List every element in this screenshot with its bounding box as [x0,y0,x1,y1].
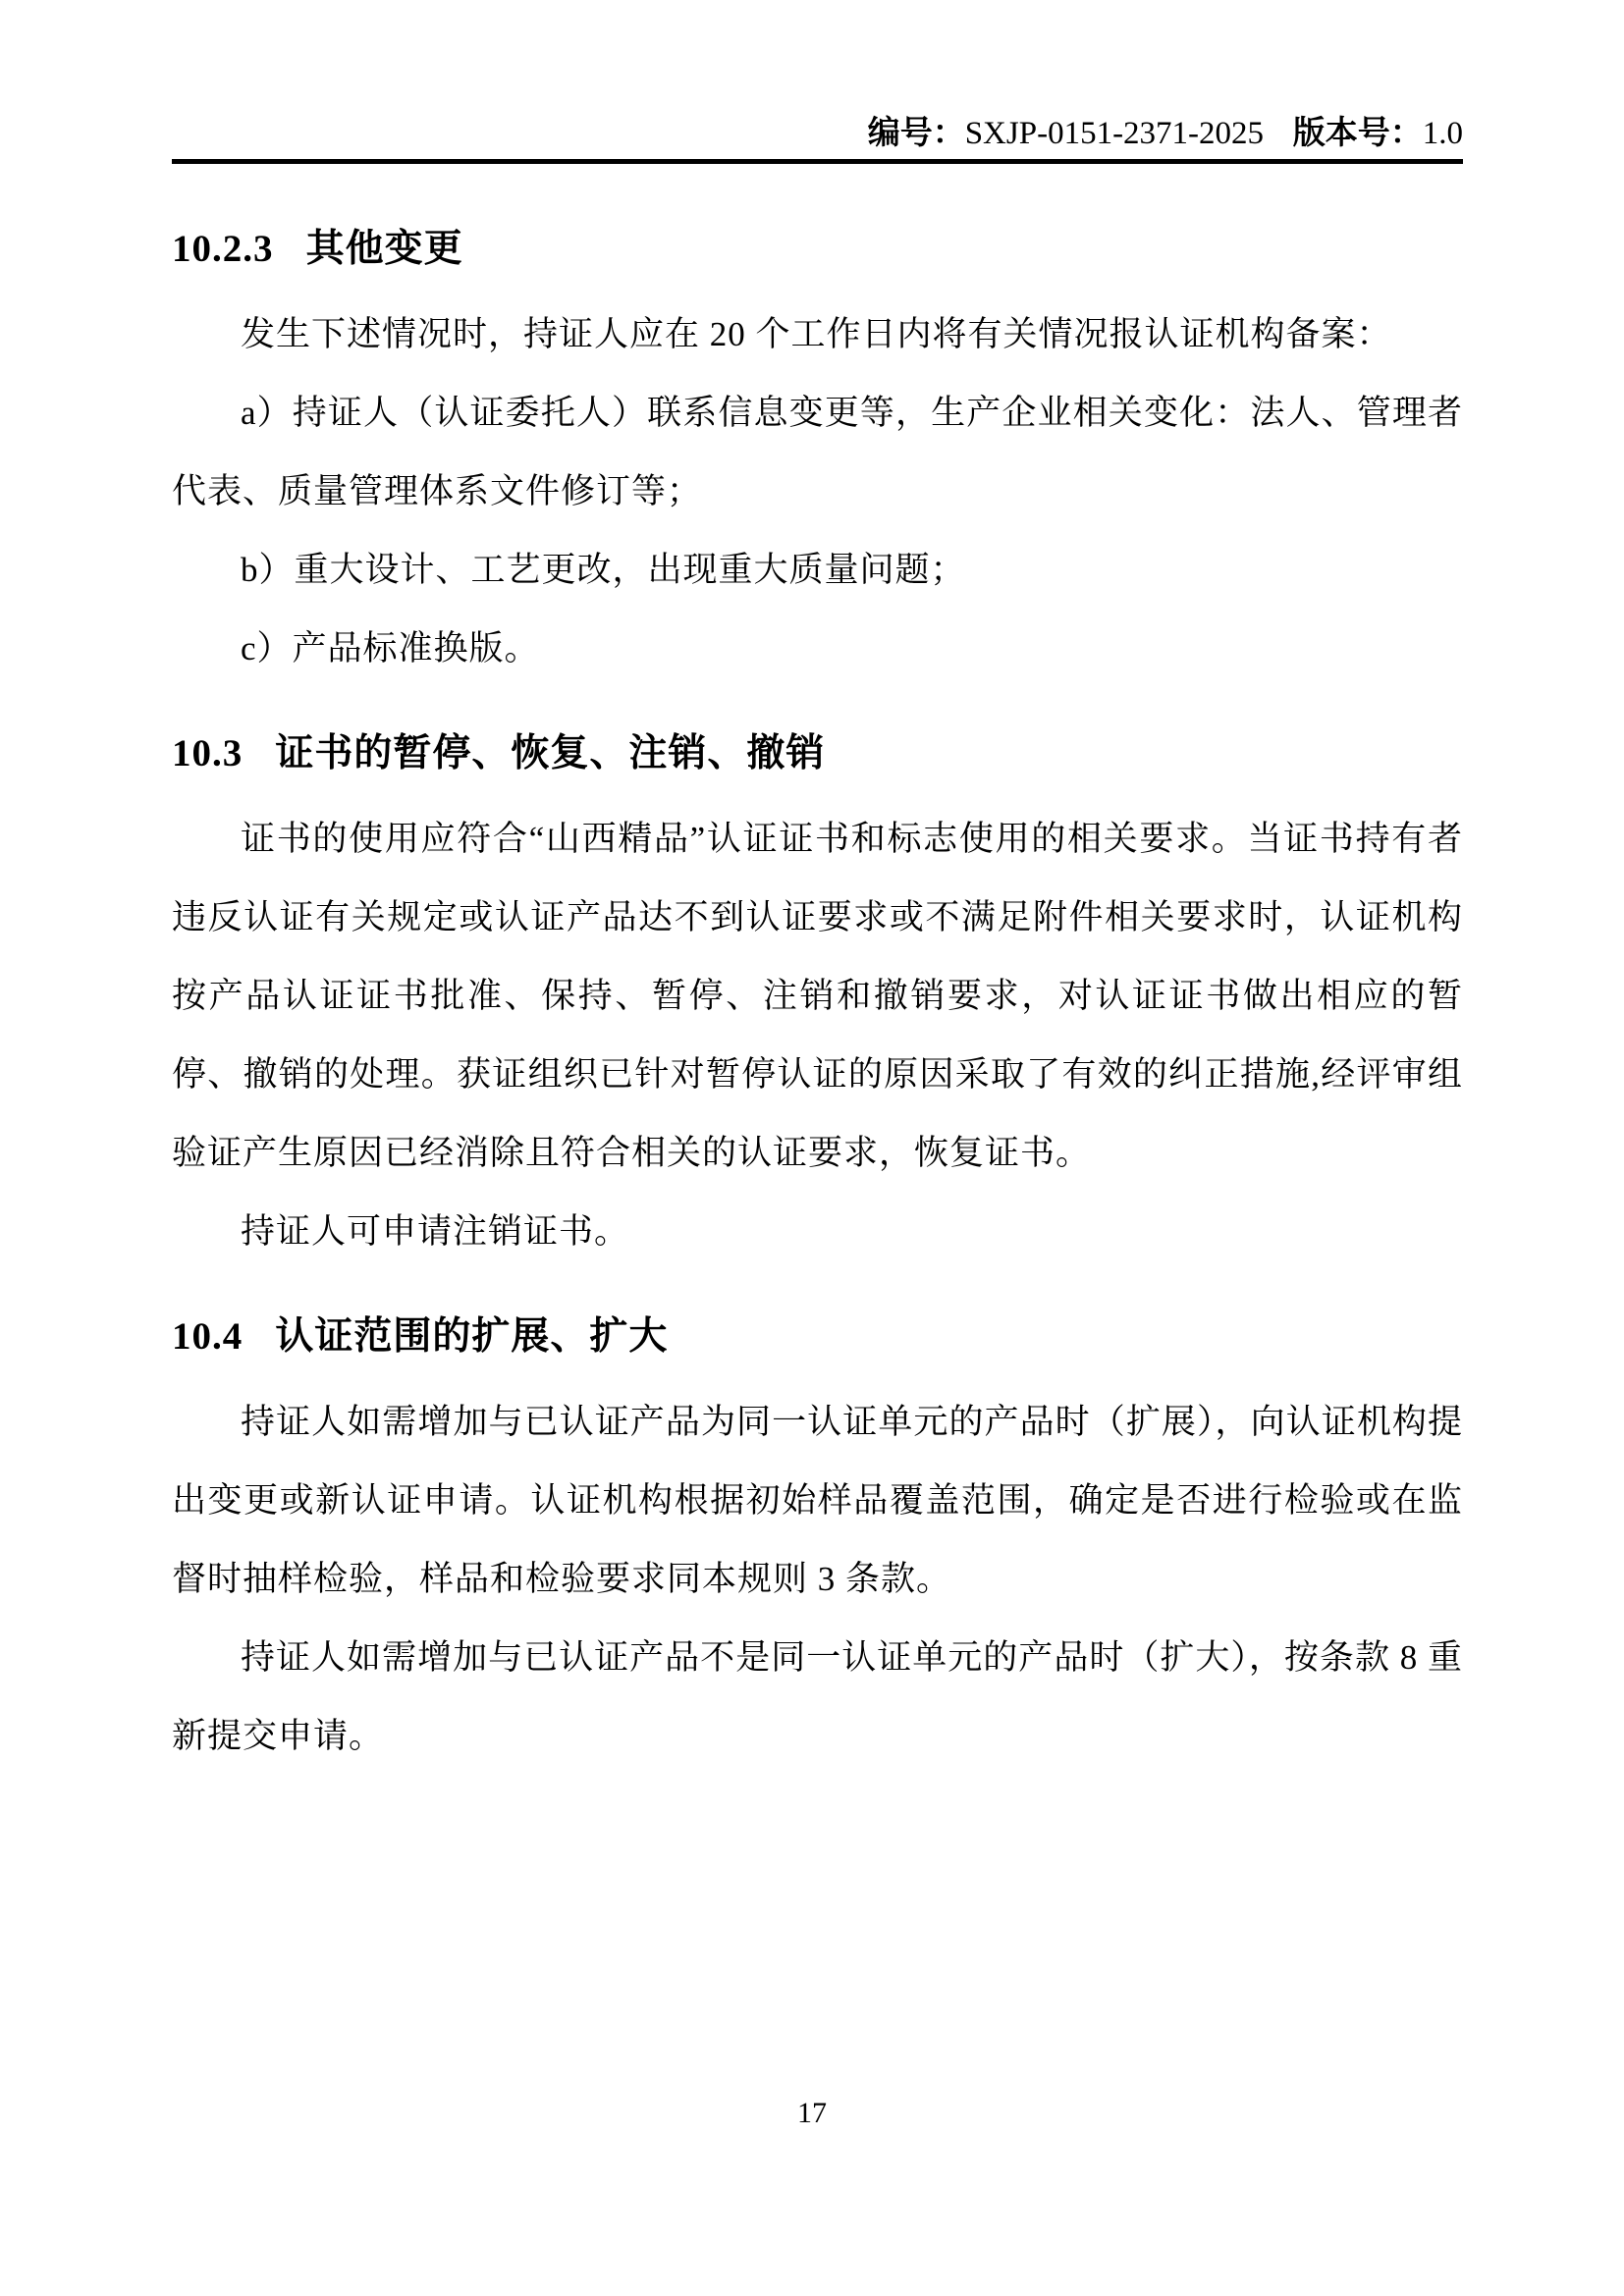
paragraph: 持证人如需增加与已认证产品不是同一认证单元的产品时（扩大），按条款 8 重新提交… [172,1619,1463,1776]
paragraph: 证书的使用应符合“山西精品”认证证书和标志使用的相关要求。当证书持有者违反认证有… [172,800,1463,1193]
section-number: 10.3 [172,732,243,774]
paragraph: 持证人可申请注销证书。 [172,1193,1463,1271]
paragraph: b）重大设计、工艺更改，出现重大质量问题； [172,531,1463,610]
paragraph: 发生下述情况时，持证人应在 20 个工作日内将有关情况报认证机构备案： [172,295,1463,374]
section-title: 认证范围的扩展、扩大 [275,1315,668,1358]
paragraph: 持证人如需增加与已认证产品为同一认证单元的产品时（扩展），向认证机构提出变更或新… [172,1383,1463,1619]
section-number: 10.4 [172,1315,243,1358]
section-number: 10.2.3 [172,228,274,270]
page-header: 编号：SXJP-0151-2371-2025版本号：1.0 [0,0,1624,153]
paragraph: a）持证人（认证委托人）联系信息变更等，生产企业相关变化：法人、管理者代表、质量… [172,374,1463,531]
doc-number-label: 编号： [868,116,965,151]
section-heading-10-4: 10.4认证范围的扩展、扩大 [172,1314,1463,1360]
document-body: 10.2.3其他变更 发生下述情况时，持证人应在 20 个工作日内将有关情况报认… [0,227,1624,1776]
document-page: 编号：SXJP-0151-2371-2025版本号：1.0 10.2.3其他变更… [0,0,1624,2296]
section-title: 证书的暂停、恢复、注销、撤销 [275,732,825,774]
section-heading-10-2-3: 10.2.3其他变更 [172,227,1463,272]
version-label: 版本号： [1293,116,1423,151]
doc-number-value: SXJP-0151-2371-2025 [965,116,1264,151]
paragraph: c）产品标准换版。 [172,610,1463,688]
header-rule [172,159,1463,164]
section-title: 其他变更 [306,228,463,270]
page-number: 17 [0,2096,1624,2131]
version-value: 1.0 [1423,116,1463,151]
section-heading-10-3: 10.3证书的暂停、恢复、注销、撤销 [172,731,1463,776]
